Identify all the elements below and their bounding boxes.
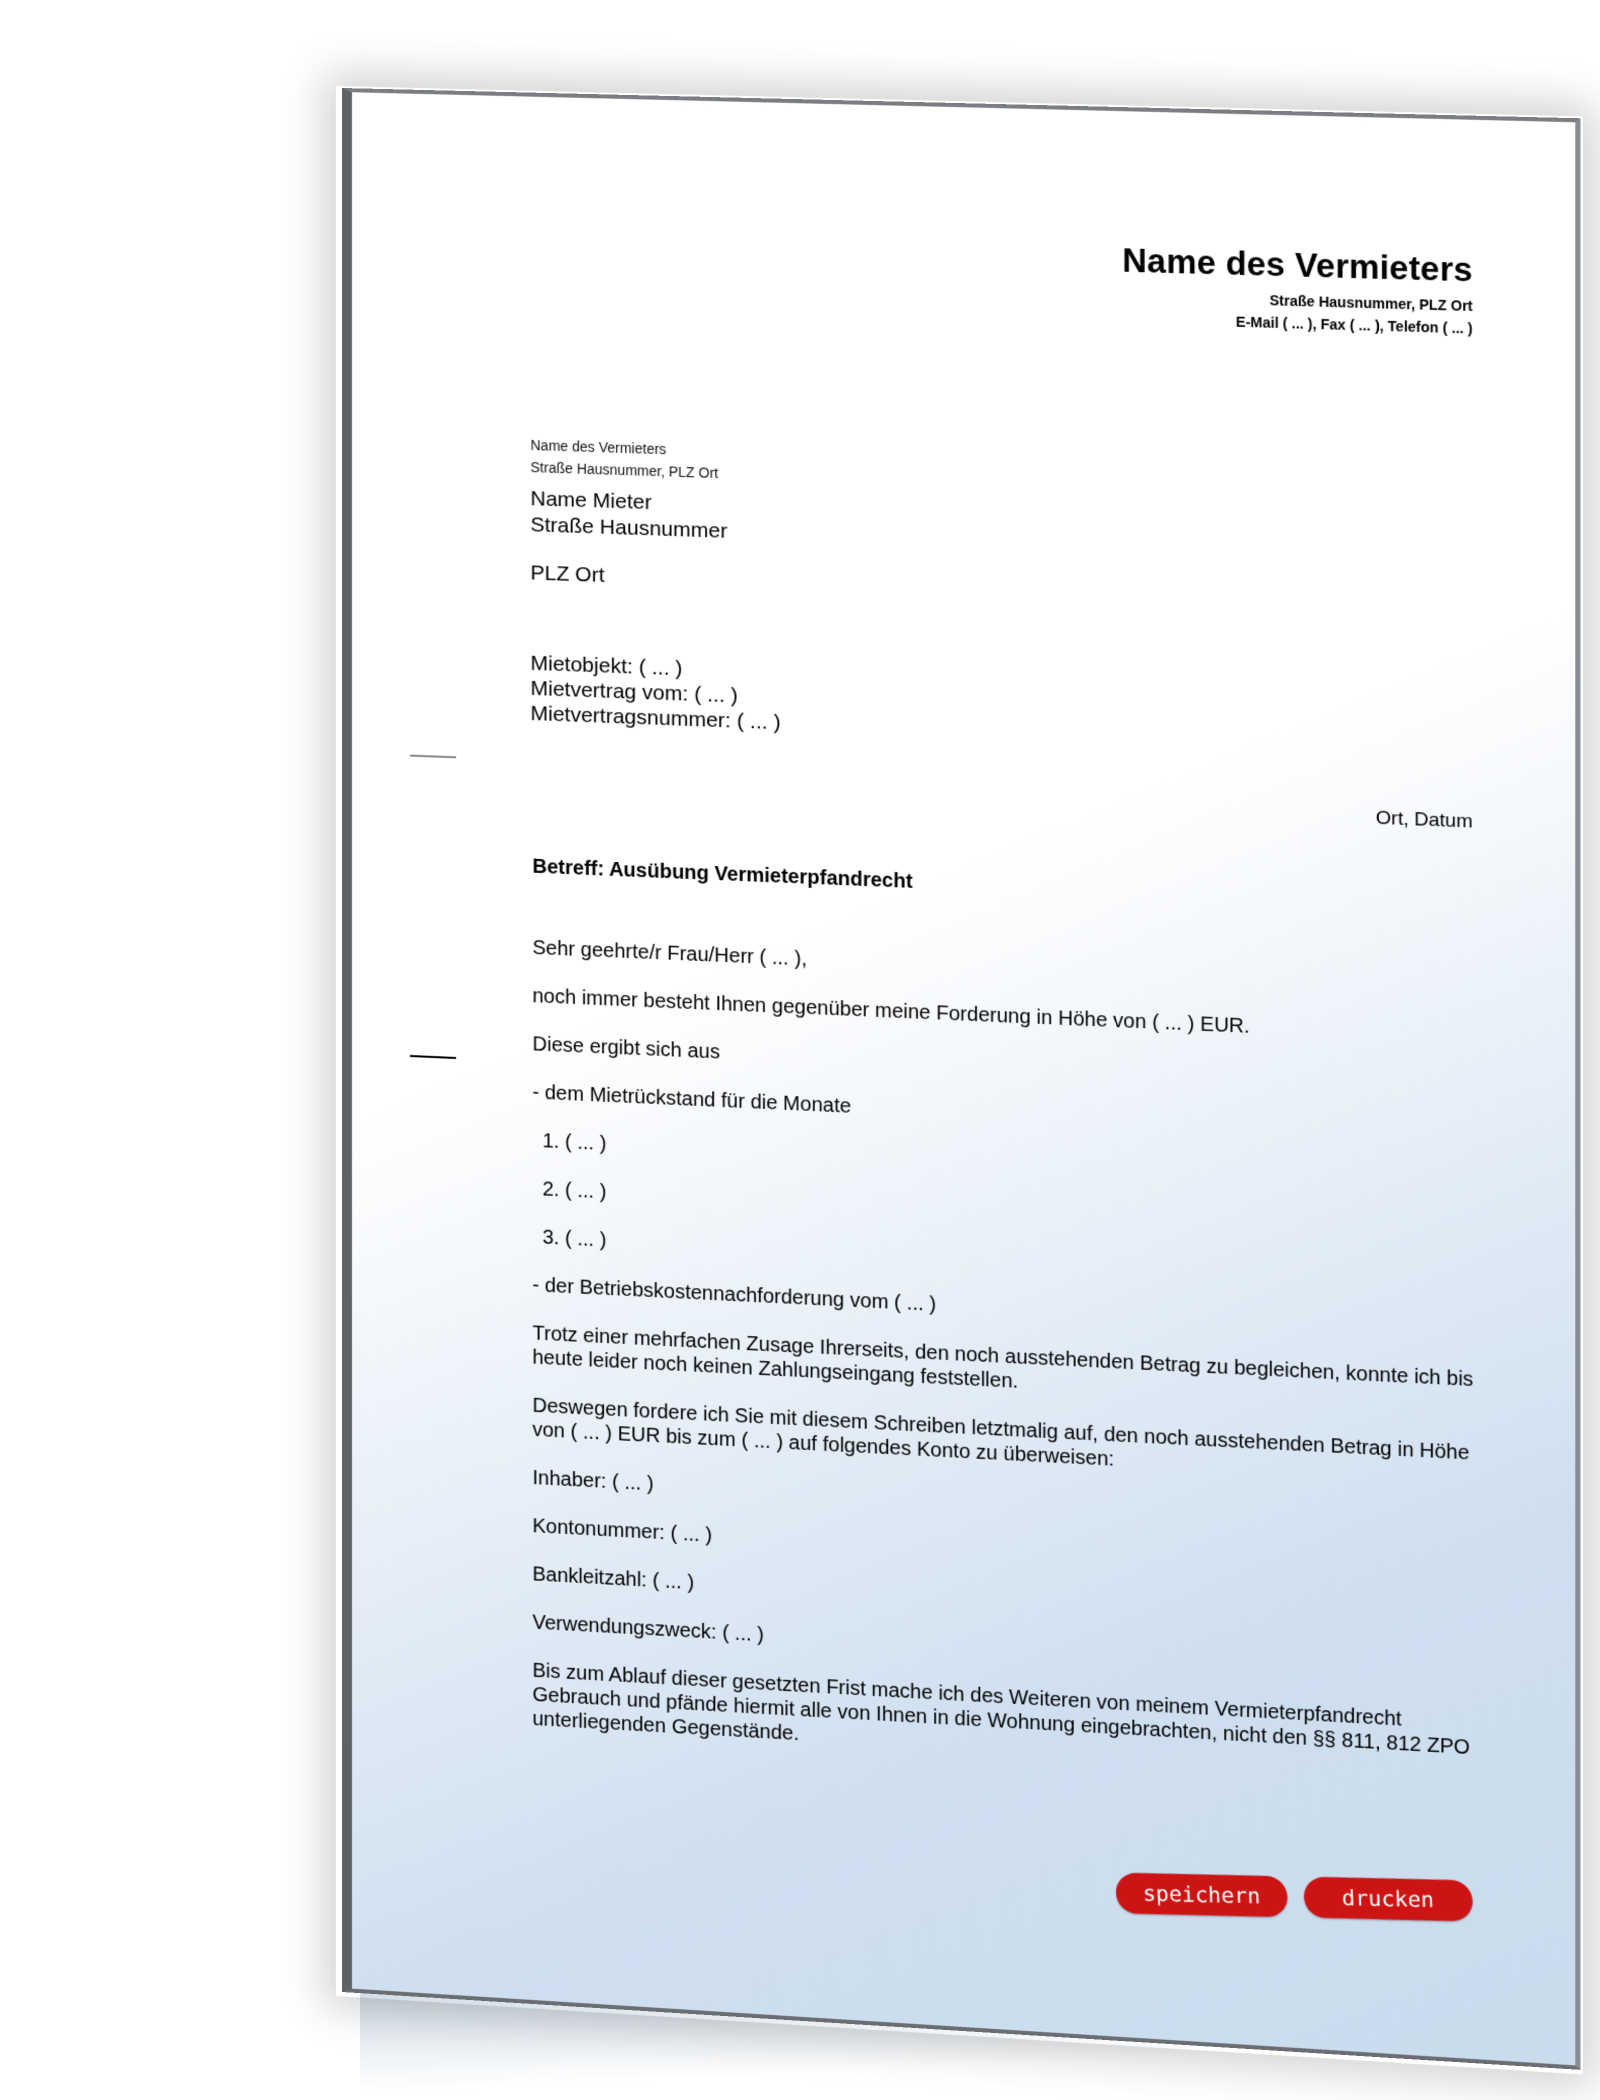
document-preview-stage: Name des Vermieters Straße Hausnummer, P… — [0, 0, 1600, 2100]
recipient-city: PLZ Ort — [530, 560, 727, 593]
sender-return-address: Name des Vermieters Straße Hausnummer, P… — [530, 434, 718, 484]
letter-body: Sehr geehrte/r Frau/Herr ( ... ), noch i… — [532, 936, 1475, 1810]
letterhead: Name des Vermieters Straße Hausnummer, P… — [1122, 241, 1472, 336]
letterhead-address: Straße Hausnummer, PLZ Ort — [1122, 288, 1472, 314]
action-buttons: speichern drucken — [1115, 1873, 1473, 1922]
subject-line: Betreff: Ausübung Vermieterpfandrecht — [532, 856, 912, 894]
fold-mark — [410, 755, 456, 759]
place-date: Ort, Datum — [1376, 807, 1473, 833]
print-button[interactable]: drucken — [1303, 1877, 1473, 1922]
recipient-address: Name Mieter Straße Hausnummer PLZ Ort — [530, 486, 727, 593]
letterhead-name: Name des Vermieters — [1122, 241, 1472, 289]
punch-mark — [410, 1055, 456, 1059]
reference-block: Mietobjekt: ( ... ) Mietvertrag vom: ( .… — [530, 651, 780, 736]
save-button[interactable]: speichern — [1115, 1873, 1288, 1918]
letterhead-contact: E-Mail ( ... ), Fax ( ... ), Telefon ( .… — [1122, 310, 1472, 336]
letter-page: Name des Vermieters Straße Hausnummer, P… — [342, 88, 1581, 2070]
sender-address: Straße Hausnummer, PLZ Ort — [530, 456, 718, 484]
